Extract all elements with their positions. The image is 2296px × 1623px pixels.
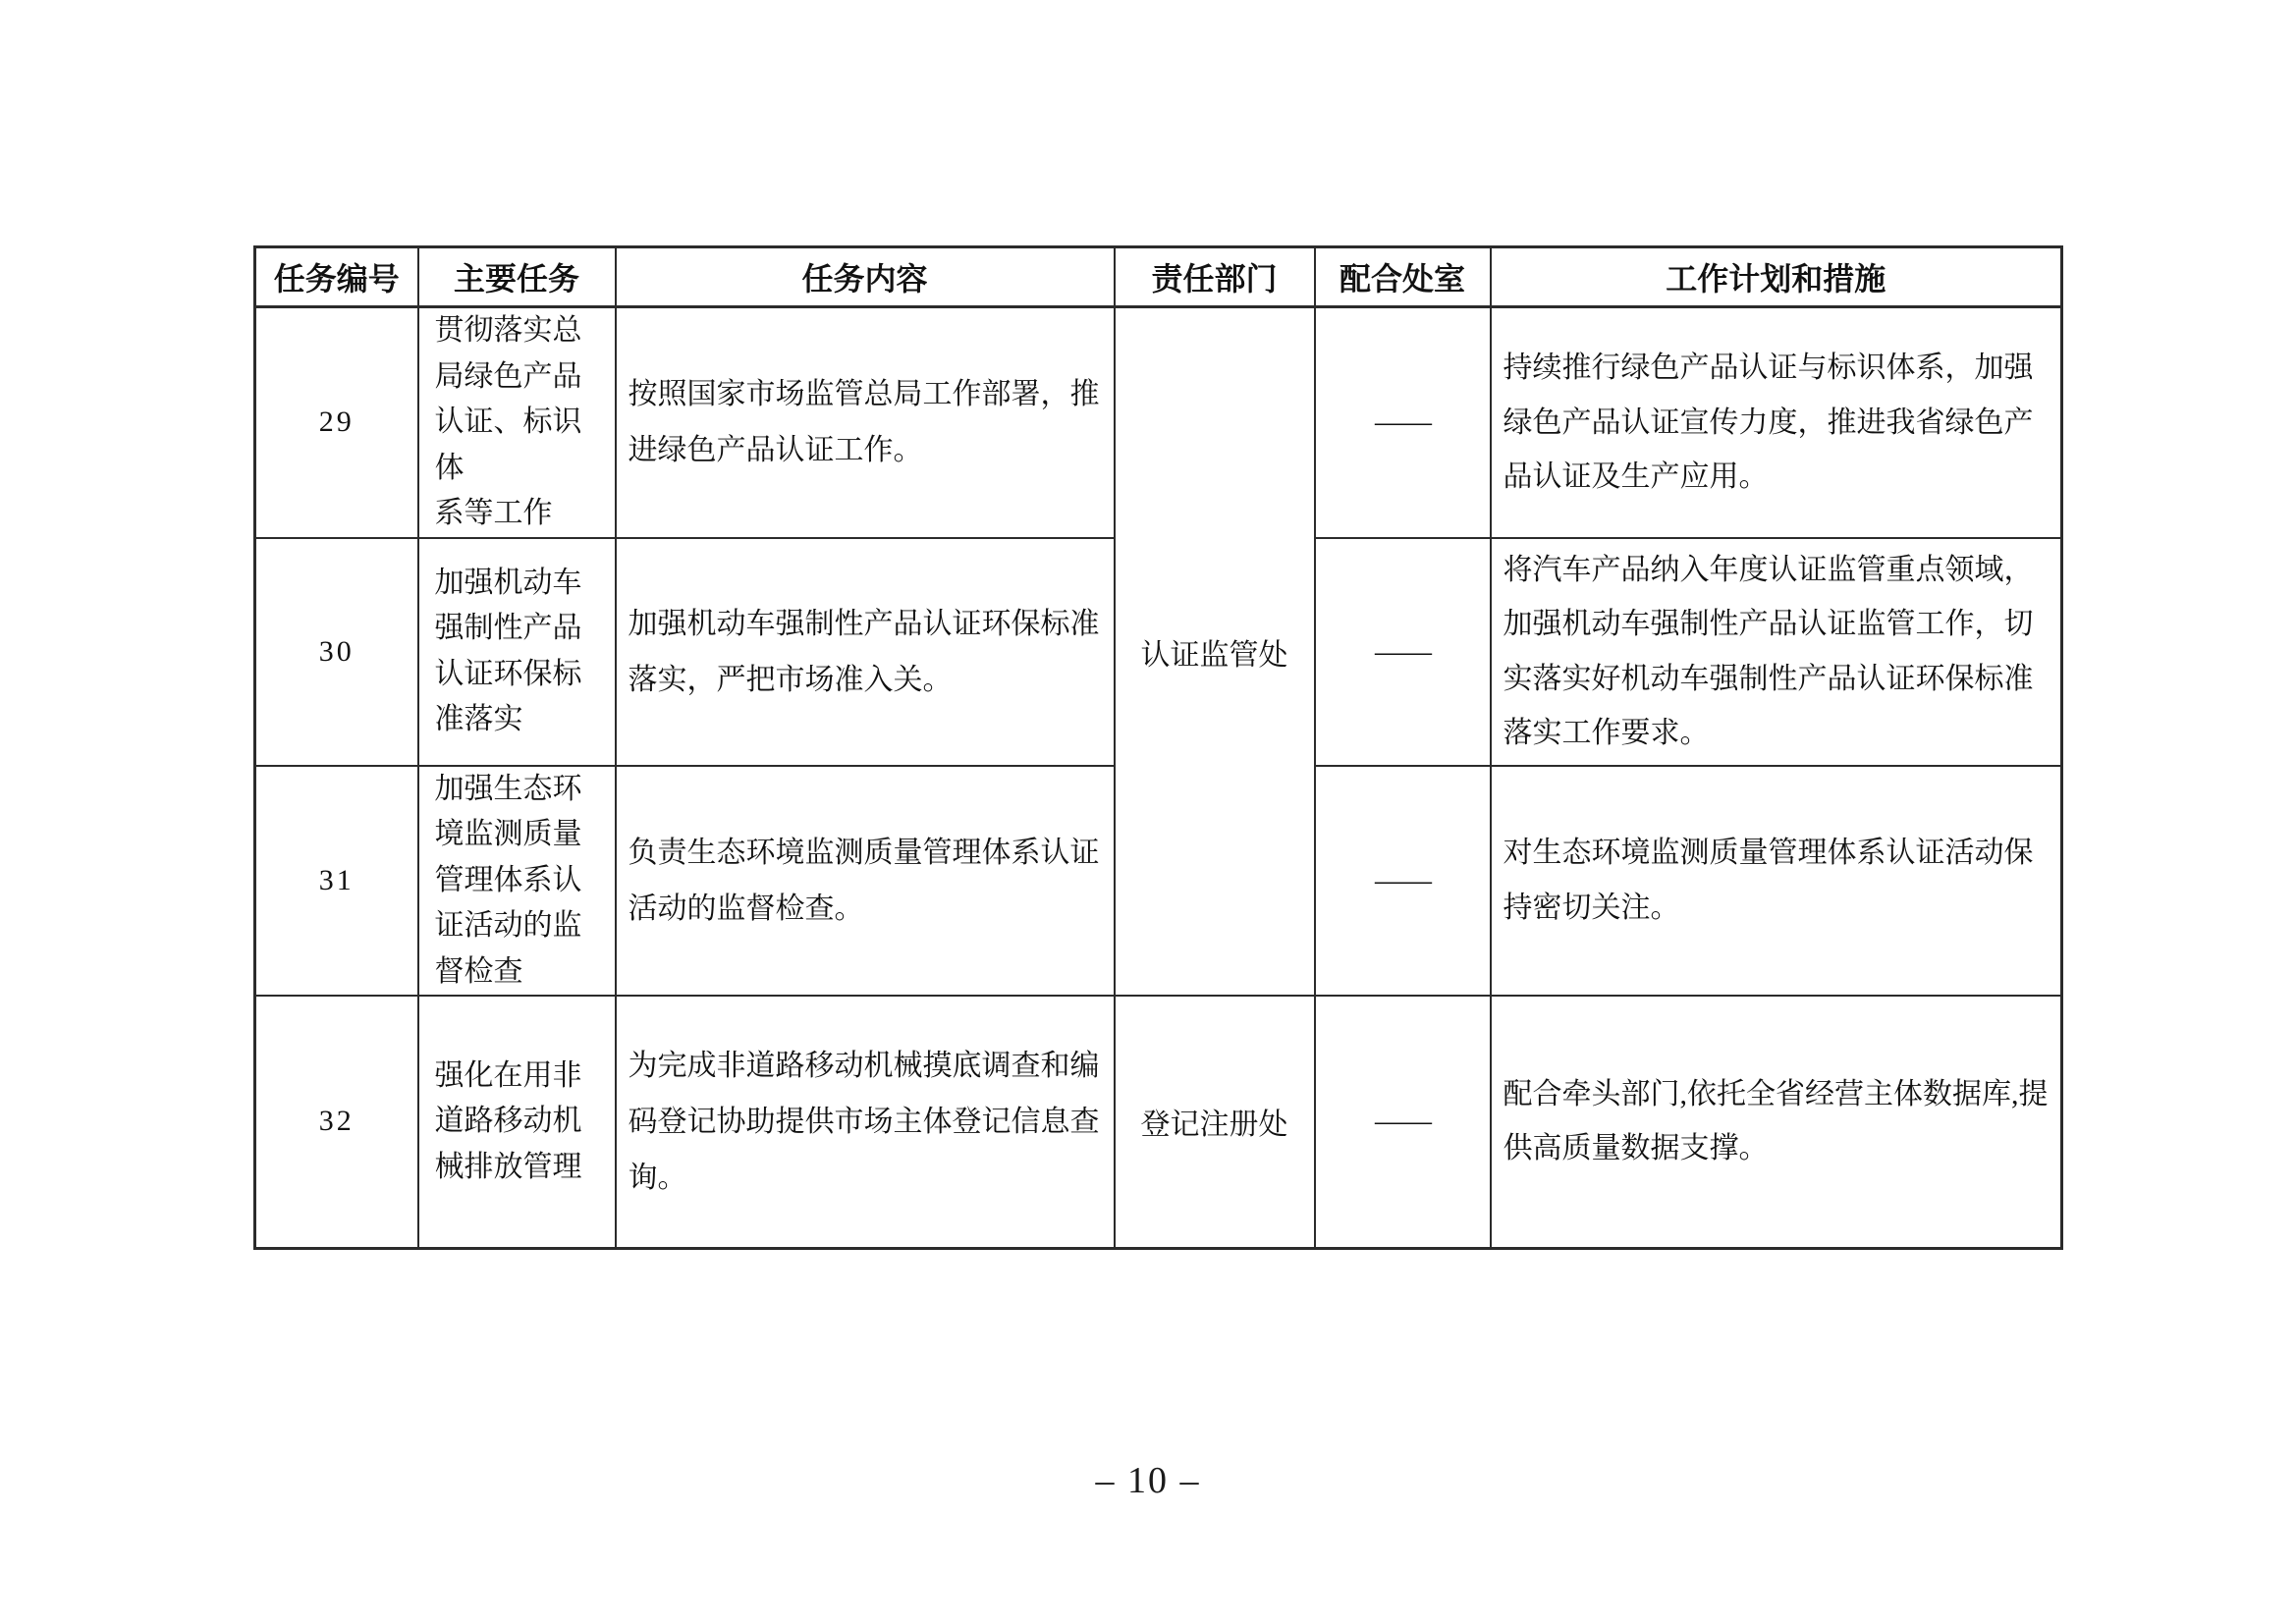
header-cell-work-plan: 工作计划和措施: [1491, 247, 2062, 307]
header-cell-cooperating-office: 配合处室: [1315, 247, 1491, 307]
header-cell-responsible-dept: 责任部门: [1115, 247, 1315, 307]
cell-responsible-dept: 登记注册处: [1115, 996, 1315, 1248]
document-page: 任务编号 主要任务 任务内容 责任部门 配合处室 工作计划和措施 29 贯彻落实…: [253, 245, 2063, 1250]
task-table: 任务编号 主要任务 任务内容 责任部门 配合处室 工作计划和措施 29 贯彻落实…: [253, 245, 2063, 1250]
cell-cooperating-office: ——: [1315, 538, 1491, 766]
header-cell-task-content: 任务内容: [616, 247, 1115, 307]
cell-work-plan: 持续推行绿色产品认证与标识体系，加强绿色产品认证宣传力度，推进我省绿色产品认证及…: [1491, 307, 2062, 538]
table-header-row: 任务编号 主要任务 任务内容 责任部门 配合处室 工作计划和措施: [255, 247, 2062, 307]
cell-work-plan: 对生态环境监测质量管理体系认证活动保持密切关注。: [1491, 766, 2062, 997]
cell-task-content: 加强机动车强制性产品认证环保标准落实，严把市场准入关。: [616, 538, 1115, 766]
cell-main-task: 加强生态环 境监测质量 管理体系认 证活动的监 督检查: [418, 766, 616, 997]
cell-cooperating-office: ——: [1315, 996, 1491, 1248]
table-row: 32 强化在用非 道路移动机 械排放管理 为完成非道路移动机械摸底调查和编码登记…: [255, 996, 2062, 1248]
cell-work-plan: 将汽车产品纳入年度认证监管重点领域，加强机动车强制性产品认证监管工作，切实落实好…: [1491, 538, 2062, 766]
page-number: – 10 –: [0, 1459, 2296, 1502]
cell-task-content: 负责生态环境监测质量管理体系认证活动的监督检查。: [616, 766, 1115, 997]
cell-task-id: 29: [255, 307, 418, 538]
cell-work-plan: 配合牵头部门,依托全省经营主体数据库,提供高质量数据支撑。: [1491, 996, 2062, 1248]
cell-task-content: 为完成非道路移动机械摸底调查和编码登记协助提供市场主体登记信息查询。: [616, 996, 1115, 1248]
cell-main-task: 强化在用非 道路移动机 械排放管理: [418, 996, 616, 1248]
cell-task-id: 32: [255, 996, 418, 1248]
cell-task-id: 30: [255, 538, 418, 766]
cell-main-task: 加强机动车 强制性产品 认证环保标 准落实: [418, 538, 616, 766]
cell-cooperating-office: ——: [1315, 766, 1491, 997]
header-cell-task-id: 任务编号: [255, 247, 418, 307]
cell-main-task: 贯彻落实总 局绿色产品 认证、标识体 系等工作: [418, 307, 616, 538]
cell-task-content: 按照国家市场监管总局工作部署，推进绿色产品认证工作。: [616, 307, 1115, 538]
cell-responsible-dept-merged: 认证监管处: [1115, 307, 1315, 997]
table-row: 29 贯彻落实总 局绿色产品 认证、标识体 系等工作 按照国家市场监管总局工作部…: [255, 307, 2062, 538]
cell-task-id: 31: [255, 766, 418, 997]
header-cell-main-task: 主要任务: [418, 247, 616, 307]
cell-cooperating-office: ——: [1315, 307, 1491, 538]
